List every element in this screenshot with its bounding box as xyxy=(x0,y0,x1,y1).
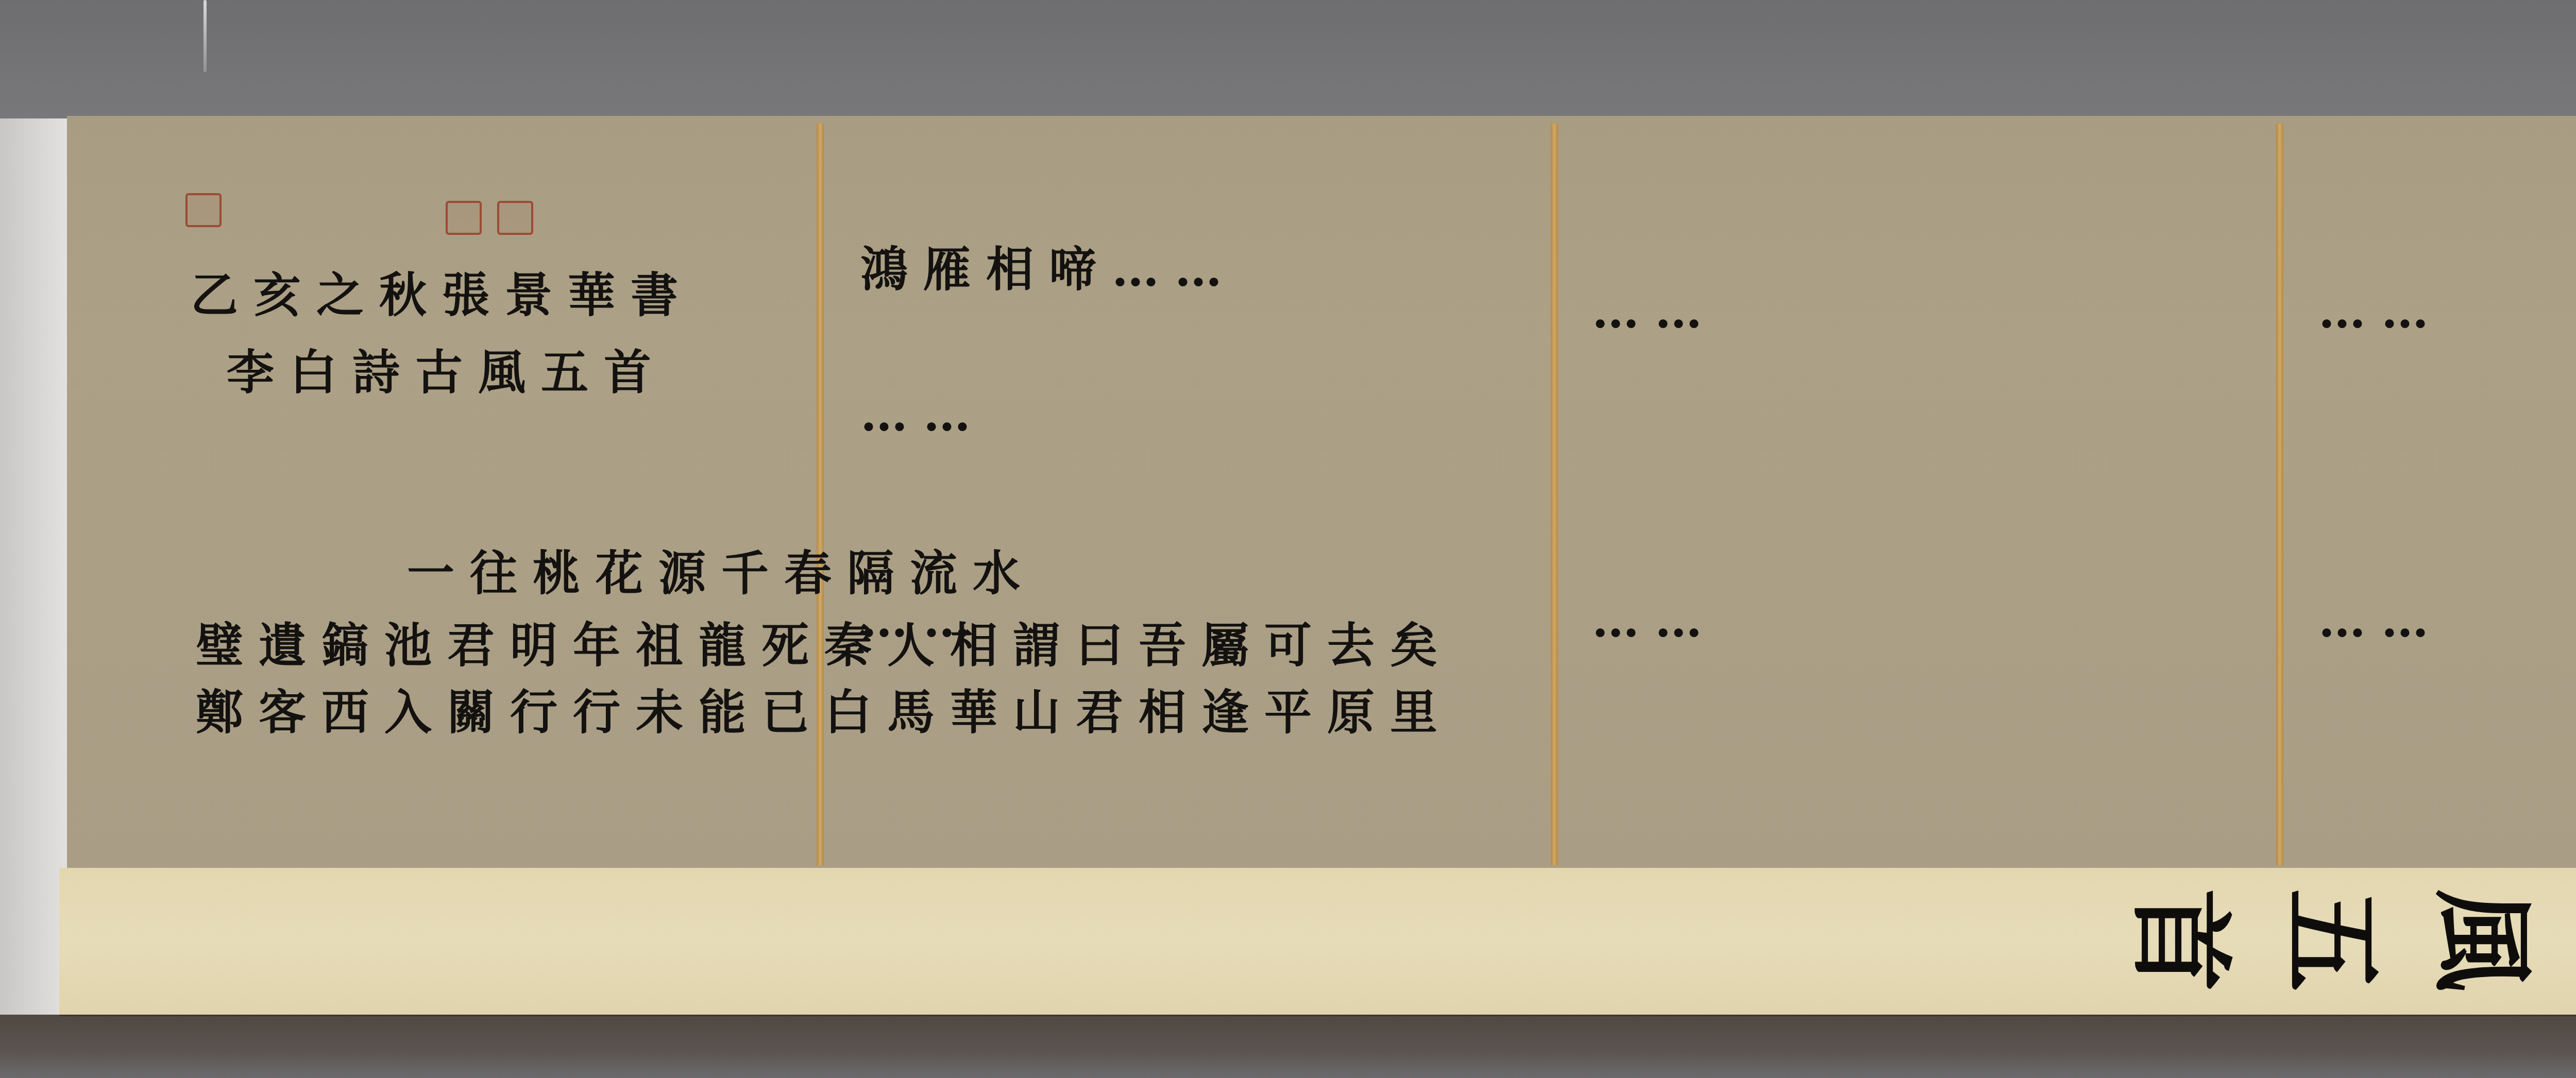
poem-line: …… xyxy=(2318,283,2444,339)
scroll-title: 首 五 風 古 白 李 xyxy=(2112,876,2576,1004)
seal-stamp xyxy=(446,201,482,235)
title-char: 五 xyxy=(2265,888,2413,991)
title-char: 首 xyxy=(2114,888,2262,991)
poem-line: …… xyxy=(860,592,986,648)
poem-line: …… xyxy=(1592,592,1718,648)
panel-divider xyxy=(1551,124,1558,865)
panel-4: …… …… xyxy=(2287,129,2576,860)
scroll-mount-left xyxy=(0,118,67,1015)
signature-line: 李白詩古風五首 xyxy=(227,335,667,403)
poem-line: …… xyxy=(860,386,986,442)
panel-divider xyxy=(2276,124,2283,865)
seal-stamp xyxy=(497,201,533,235)
panel-2: 鴻雁相啼…… …… …… xyxy=(829,129,1546,860)
poem-line: 鴻雁相啼…… xyxy=(860,232,1238,300)
panel-divider xyxy=(817,124,824,865)
panel-1: 乙亥之秋張景華書 李白詩古風五首 一往桃花源千春隔流水 璧遺鎬池君明年祖龍死秦人… xyxy=(72,129,814,860)
poem-line: …… xyxy=(2318,592,2444,648)
poem-line: …… xyxy=(1592,283,1718,339)
title-char: 古 xyxy=(2567,888,2576,991)
title-char: 風 xyxy=(2416,888,2564,991)
seal-stamp xyxy=(185,193,222,227)
panel-3: …… …… xyxy=(1561,129,2272,860)
signature-line: 乙亥之秋張景華書 xyxy=(191,258,693,326)
calligraphy-scroll: 乙亥之秋張景華書 李白詩古風五首 一往桃花源千春隔流水 璧遺鎬池君明年祖龍死秦人… xyxy=(0,0,2576,1078)
